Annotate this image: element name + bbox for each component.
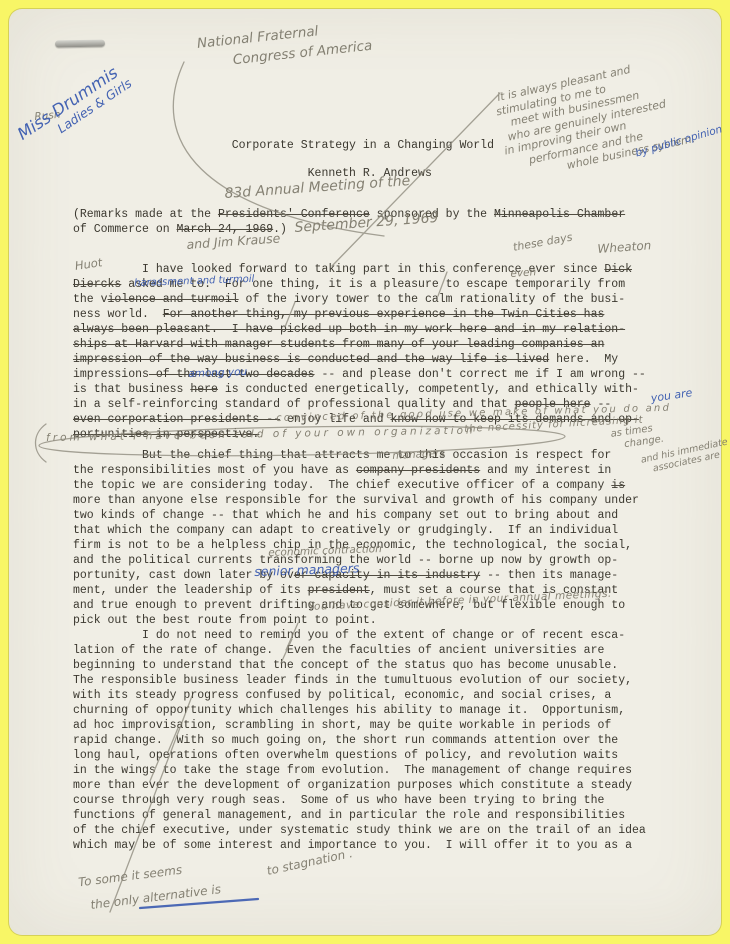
typed-text: impressions <box>73 368 149 381</box>
typed-line: pick out the best route from point to po… <box>73 613 673 628</box>
typed-text: is that business <box>73 383 190 396</box>
typed-line: ad hoc improvisation, scrambling in shor… <box>73 718 673 733</box>
typed-line: lation of the rate of change. Even the f… <box>73 643 673 658</box>
scanned-document-on-yellow-mat: { "page": { "colors": { "mat": "#f8f666"… <box>0 0 730 944</box>
struck-text: For another thing, my previous experienc… <box>163 308 605 321</box>
typed-text: the topic we are considering today. The … <box>73 479 611 492</box>
typed-line: ness world. For another thing, my previo… <box>73 307 673 322</box>
typed-line: always been pleasant. I have picked up b… <box>73 322 673 337</box>
typed-text: two kinds of change -- that which he and… <box>73 509 618 522</box>
typed-text: more than anyone else responsible for th… <box>73 494 639 507</box>
struck-text: iolence and turmoil <box>108 293 239 306</box>
typed-text: which may be of some interest and import… <box>73 839 632 852</box>
typed-line: churning of opportunity which challenges… <box>73 703 673 718</box>
typed-line: beginning to understand that the concept… <box>73 658 673 673</box>
staple-icon <box>55 40 105 48</box>
struck-text: always been pleasant. I have picked up b… <box>73 323 625 336</box>
typed-text: is conducted energetically, competently,… <box>218 383 639 396</box>
typed-text: But the chief thing that attracts me to … <box>73 449 611 462</box>
typed-text: long haul, operations often overwhelm qu… <box>73 749 618 762</box>
typed-line: that which the company can adapt to crea… <box>73 523 673 538</box>
struck-text: company presidents <box>356 464 480 477</box>
typed-text: the v <box>73 293 108 306</box>
typed-text: functions of general management, and in … <box>73 809 625 822</box>
typed-text: ad hoc improvisation, scrambling in shor… <box>73 719 611 732</box>
annotation-among-you: among you <box>188 366 247 380</box>
typed-text: rapid change. With so much going on, the… <box>73 734 618 747</box>
struck-text: Diercks <box>73 278 121 291</box>
typed-line: long haul, operations often overwhelm qu… <box>73 748 673 763</box>
typed-text: lation of the rate of change. Even the f… <box>73 644 604 657</box>
typed-line: functions of general management, and in … <box>73 808 673 823</box>
typed-text: -- and please don't correct me if I am w… <box>315 368 646 381</box>
typed-text: (Remarks made at the <box>73 208 218 221</box>
typed-text: course through very rough seas. Some of … <box>73 794 604 807</box>
typed-line: of the chief executive, under systematic… <box>73 823 673 838</box>
struck-text: president <box>308 584 370 597</box>
typed-text: of Commerce on <box>73 223 177 236</box>
typed-line: impression of the way business is conduc… <box>73 352 673 367</box>
typed-line: is that business here is conducted energ… <box>73 382 673 397</box>
typed-line: the topic we are considering today. The … <box>73 478 673 493</box>
typed-text: that which the company can adapt to crea… <box>73 524 618 537</box>
struck-text: Minneapolis Chamber <box>494 208 625 221</box>
typed-line: more than ever the development of organi… <box>73 778 673 793</box>
typed-line: impressions of the last two decades -- a… <box>73 367 673 382</box>
typed-line: portunity, cast down later by over capac… <box>73 568 673 583</box>
typed-line: with its steady progress confused by pol… <box>73 688 673 703</box>
typed-line: I have looked forward to taking part in … <box>73 262 673 277</box>
typed-line: which may be of some interest and import… <box>73 838 673 853</box>
typed-text: and my interest in <box>480 464 611 477</box>
typed-text: pick out the best route from point to po… <box>73 614 377 627</box>
struck-text: even corporation presidents -- <box>73 413 280 426</box>
typed-text: Corporate Strategy in a Changing World <box>73 139 494 152</box>
typed-text: churning of opportunity which challenges… <box>73 704 625 717</box>
typed-text: in the wings to take the stage from evol… <box>73 764 632 777</box>
typed-text: of the chief executive, under systematic… <box>73 824 646 837</box>
typed-line: in the wings to take the stage from evol… <box>73 763 673 778</box>
typed-line: I do not need to remind you of the exten… <box>73 628 673 643</box>
struck-text: here <box>190 383 218 396</box>
typed-text: ment, under the leadership of its <box>73 584 308 597</box>
typed-line: the violence and turmoil of the ivory to… <box>73 292 673 307</box>
typed-text: with its steady progress confused by pol… <box>73 689 611 702</box>
typed-text: here. My <box>549 353 618 366</box>
typed-text: the responsibilities most of you have as <box>73 464 356 477</box>
typed-line: ships at Harvard with manager students f… <box>73 337 673 352</box>
struck-text: impression of the way business is conduc… <box>73 353 549 366</box>
struck-text: is <box>611 479 625 492</box>
typed-text: -- then its manage- <box>480 569 618 582</box>
typed-line: The responsible business leader finds in… <box>73 673 673 688</box>
typed-line: two kinds of change -- that which he and… <box>73 508 673 523</box>
annotation-even-insertion: even <box>510 266 537 280</box>
typed-line: more than anyone else responsible for th… <box>73 493 673 508</box>
typed-flow: Corporate Strategy in a Changing World K… <box>73 138 673 853</box>
typed-line: But the chief thing that attracts me to … <box>73 448 673 463</box>
typed-text: of the ivory tower to the calm rationali… <box>239 293 625 306</box>
typed-text: more than ever the development of organi… <box>73 779 632 792</box>
typed-text: The responsible business leader finds in… <box>73 674 632 687</box>
typed-line: course through very rough seas. Some of … <box>73 793 673 808</box>
typed-line: rapid change. With so much going on, the… <box>73 733 673 748</box>
typed-text: ness world. <box>73 308 163 321</box>
struck-text: ships at Harvard with manager students f… <box>73 338 604 351</box>
typed-text: I do not need to remind you of the exten… <box>73 629 625 642</box>
struck-text: Dick <box>604 263 632 276</box>
typed-line: the responsibilities most of you have as… <box>73 463 673 478</box>
typed-text: beginning to understand that the concept… <box>73 659 618 672</box>
